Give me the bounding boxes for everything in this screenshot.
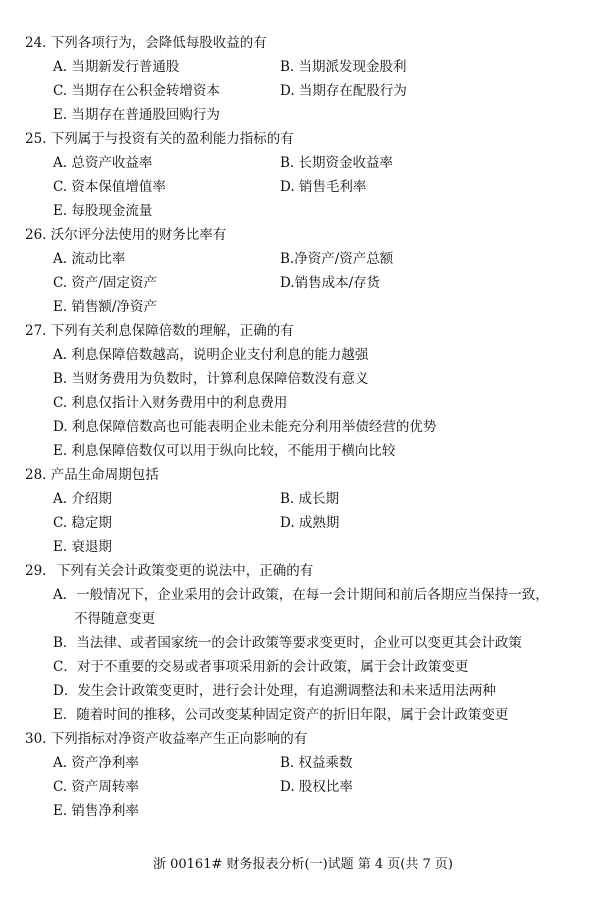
option-26-a: A. 流动比率 [53,247,125,267]
question-25: 25. 下列属于与投资有关的盈利能力指标的有 [25,127,294,147]
question-stem: 下列有关会计政策变更的说法中，正确的有 [57,563,314,579]
option-29-a-continued: 不得随意变更 [74,607,155,627]
question-number: 29. [25,563,46,579]
option-25-b: B. 长期资金收益率 [280,151,393,171]
question-number: 28. [25,467,46,483]
option-29-c: C．对于不重要的交易或者事项采用新的会计政策，属于会计政策变更 [53,655,468,675]
question-number: 24. [25,35,46,51]
option-27-d: D. 利息保障倍数高也可能表明企业未能充分利用举债经营的优势 [53,415,436,435]
option-25-e: E. 每股现金流量 [53,199,152,219]
option-30-d: D. 股权比率 [280,775,353,795]
question-number: 27. [25,323,46,339]
question-stem: 下列指标对净资产收益率产生正向影响的有 [51,731,308,747]
option-24-e: E. 当期存在普通股回购行为 [53,103,220,123]
option-28-b: B. 成长期 [280,487,339,507]
option-28-c: C. 稳定期 [53,511,112,531]
option-25-a: A. 总资产收益率 [53,151,152,171]
question-30: 30. 下列指标对净资产收益率产生正向影响的有 [25,727,307,747]
option-30-c: C. 资产周转率 [53,775,139,795]
option-27-c: C. 利息仅指计入财务费用中的利息费用 [53,391,287,411]
option-29-a: A．一般情况下，企业采用的会计政策，在每一会计期间和前后各期应当保持一致， [53,583,549,603]
question-number: 25. [25,131,46,147]
question-stem: 下列属于与投资有关的盈利能力指标的有 [51,131,294,147]
option-30-e: E. 销售净利率 [53,799,139,819]
option-25-c: C. 资本保值增值率 [53,175,166,195]
exam-page: 24. 下列各项行为，会降低每股收益的有 A. 当期新发行普通股 B. 当期派发… [0,0,606,911]
page-footer: 浙 00161# 财务报表分析(一)试题 第 4 页(共 7 页) [0,853,606,872]
option-24-d: D. 当期存在配股行为 [280,79,407,99]
option-24-a: A. 当期新发行普通股 [53,55,179,75]
question-28: 28. 产品生命周期包括 [25,463,159,483]
question-stem: 产品生命周期包括 [51,467,159,483]
option-26-d: D.销售成本/存货 [280,271,380,291]
question-stem: 沃尔评分法使用的财务比率有 [51,227,227,243]
option-30-b: B. 权益乘数 [280,751,353,771]
option-27-e: E. 利息保障倍数仅可以用于纵向比较，不能用于横向比较 [53,439,395,459]
option-29-d: D．发生会计政策变更时，进行会计处理，有追溯调整法和未来适用法两种 [53,679,496,699]
option-30-a: A. 资产净利率 [53,751,139,771]
option-28-d: D. 成熟期 [280,511,339,531]
option-29-b: B．当法律、或者国家统一的会计政策等要求变更时，企业可以变更其会计政策 [53,631,522,651]
question-27: 27. 下列有关利息保障倍数的理解，正确的有 [25,319,294,339]
option-24-c: C. 当期存在公积金转增资本 [53,79,220,99]
option-28-e: E. 衰退期 [53,535,112,555]
option-25-d: D. 销售毛利率 [280,175,366,195]
question-stem: 下列有关利息保障倍数的理解，正确的有 [51,323,294,339]
question-24: 24. 下列各项行为，会降低每股收益的有 [25,31,267,51]
option-26-e: E. 销售额/净资产 [53,295,157,315]
option-28-a: A. 介绍期 [53,487,112,507]
question-stem: 下列各项行为，会降低每股收益的有 [51,35,267,51]
question-29: 29. 下列有关会计政策变更的说法中，正确的有 [25,559,313,579]
question-number: 26. [25,227,46,243]
option-27-a: A. 利息保障倍数越高，说明企业支付利息的能力越强 [53,343,368,363]
option-26-b: B.净资产/资产总额 [280,247,393,267]
option-27-b: B. 当财务费用为负数时，计算利息保障倍数没有意义 [53,367,369,387]
option-24-b: B. 当期派发现金股利 [280,55,407,75]
option-26-c: C. 资产/固定资产 [53,271,157,291]
option-29-e: E．随着时间的推移，公司改变某种固定资产的折旧年限，属于会计政策变更 [53,703,508,723]
question-26: 26. 沃尔评分法使用的财务比率有 [25,223,226,243]
question-number: 30. [25,731,46,747]
